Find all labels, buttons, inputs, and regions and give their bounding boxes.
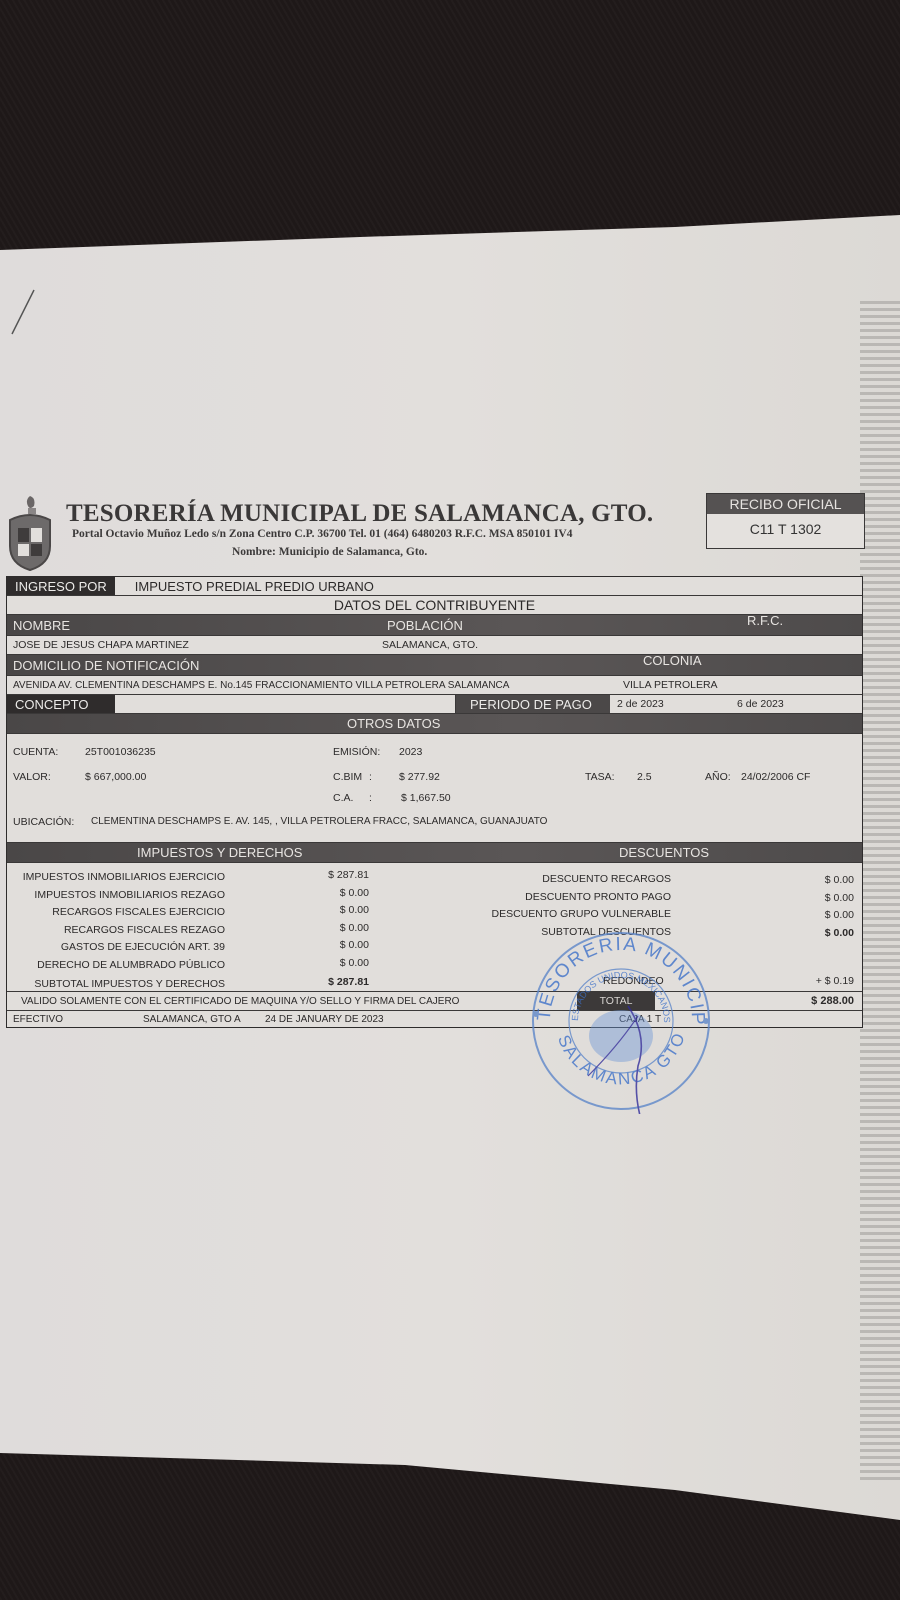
impuesto-label: GASTOS DE EJECUCIÓN ART. 39 <box>61 941 225 953</box>
emision-value: 2023 <box>399 746 422 758</box>
descuento-label: DESCUENTO GRUPO VULNERABLE <box>491 908 671 920</box>
ca-colon: : <box>369 792 372 804</box>
redondeo-amount: + $ 0.19 <box>816 975 854 987</box>
descuento-amount: $ 0.00 <box>825 892 854 904</box>
validity-note: VALIDO SOLAMENTE CON EL CERTIFICADO DE M… <box>21 996 459 1007</box>
nombre-value: JOSE DE JESUS CHAPA MARTINEZ <box>13 639 189 651</box>
impuesto-amount: $ 287.81 <box>328 976 369 988</box>
total-value: $ 288.00 <box>811 995 854 1007</box>
impuesto-label: RECARGOS FISCALES REZAGO <box>64 924 225 936</box>
payment-row: EFECTIVO SALAMANCA, GTO A 24 DE JANUARY … <box>7 1011 862 1027</box>
contribuyente-title: DATOS DEL CONTRIBUYENTE <box>7 596 862 615</box>
domicilio-row: AVENIDA AV. CLEMENTINA DESCHAMPS E. No.1… <box>7 676 862 695</box>
cbim-value: $ 277.92 <box>399 771 440 783</box>
name-line: Nombre: Municipio de Salamanca, Gto. <box>232 546 427 558</box>
valor-label: VALOR: <box>13 771 51 783</box>
descuento-label: DESCUENTO RECARGOS <box>542 873 671 885</box>
descuento-label: DESCUENTO PRONTO PAGO <box>525 891 671 903</box>
payment-place: SALAMANCA, GTO A <box>143 1014 241 1025</box>
colonia-label: COLONIA <box>643 653 702 668</box>
domicilio-header-row: DOMICILIO DE NOTIFICACIÓN COLONIA <box>7 655 862 676</box>
cuenta-value: 25T001036235 <box>85 746 156 758</box>
anio-label: AÑO: <box>705 771 731 783</box>
receipt-number: C11 T 1302 <box>707 514 864 544</box>
periodo-hasta: 6 de 2023 <box>737 698 784 710</box>
descuentos-title: DESCUENTOS <box>619 845 709 860</box>
validity-row: VALIDO SOLAMENTE CON EL CERTIFICADO DE M… <box>7 992 862 1011</box>
payment-date: 24 DE JANUARY DE 2023 <box>265 1014 384 1025</box>
page-title: TESORERÍA MUNICIPAL DE SALAMANCA, GTO. <box>66 500 653 528</box>
poblacion-value: SALAMANCA, GTO. <box>382 639 478 651</box>
domicilio-label: DOMICILIO DE NOTIFICACIÓN <box>13 658 199 673</box>
impuesto-amount: $ 0.00 <box>340 922 369 934</box>
tasa-label: TASA: <box>585 771 615 783</box>
coat-of-arms-icon <box>6 494 54 572</box>
official-stamp-icon: TESORERIA MUNICIPAL SALAMANCA GTO ESTADO… <box>528 928 714 1114</box>
periodo-desde: 2 de 2023 <box>617 698 664 710</box>
receipt-form: INGRESO POR IMPUESTO PREDIAL PREDIO URBA… <box>6 576 863 1028</box>
ingreso-row: INGRESO POR IMPUESTO PREDIAL PREDIO URBA… <box>7 577 862 596</box>
poblacion-label: POBLACIÓN <box>387 618 463 633</box>
pen-mark-icon <box>8 288 38 338</box>
impuestos-descuentos-body: IMPUESTOS INMOBILIARIOS EJERCICIO$ 287.8… <box>7 863 862 992</box>
descuento-amount: $ 0.00 <box>825 874 854 886</box>
cuenta-label: CUENTA: <box>13 746 58 758</box>
otros-title: OTROS DATOS <box>347 716 440 731</box>
descuento-amount: $ 0.00 <box>825 909 854 921</box>
nombre-label: NOMBRE <box>13 618 70 633</box>
ubicacion-value: CLEMENTINA DESCHAMPS E. AV. 145, , VILLA… <box>91 816 547 827</box>
impuesto-amount: $ 0.00 <box>340 904 369 916</box>
concepto-value <box>115 695 456 713</box>
otros-header: OTROS DATOS <box>7 714 862 734</box>
address-line: Portal Octavio Muñoz Ledo s/n Zona Centr… <box>72 528 572 540</box>
impuesto-amount: $ 0.00 <box>340 939 369 951</box>
periodo-label: PERIODO DE PAGO <box>456 695 610 713</box>
impuesto-label: RECARGOS FISCALES EJERCICIO <box>52 906 225 918</box>
domicilio-value: AVENIDA AV. CLEMENTINA DESCHAMPS E. No.1… <box>13 680 509 691</box>
nombre-header-row: NOMBRE POBLACIÓN R.F.C. <box>7 615 862 636</box>
impuesto-label: IMPUESTOS INMOBILIARIOS REZAGO <box>34 889 225 901</box>
concepto-label: CONCEPTO <box>7 695 115 713</box>
ubicacion-label: UBICACIÓN: <box>13 816 74 828</box>
rfc-label: R.F.C. <box>747 613 783 628</box>
concepto-row: CONCEPTO PERIODO DE PAGO 2 de 2023 6 de … <box>7 695 862 714</box>
impuesto-label: SUBTOTAL IMPUESTOS Y DERECHOS <box>34 978 225 990</box>
ca-value: $ 1,667.50 <box>401 792 451 804</box>
impuesto-amount: $ 287.81 <box>328 869 369 881</box>
ingreso-label: INGRESO POR <box>7 577 115 595</box>
payment-method: EFECTIVO <box>13 1014 63 1025</box>
nombre-row: JOSE DE JESUS CHAPA MARTINEZ SALAMANCA, … <box>7 636 862 655</box>
ingreso-value: IMPUESTO PREDIAL PREDIO URBANO <box>115 579 381 594</box>
otros-datos: CUENTA: 25T001036235 EMISIÓN: 2023 VALOR… <box>7 734 862 843</box>
impuestos-title: IMPUESTOS Y DERECHOS <box>137 845 302 860</box>
colonia-value: VILLA PETROLERA <box>623 679 718 691</box>
impuestos-descuentos-header: IMPUESTOS Y DERECHOS DESCUENTOS <box>7 843 862 863</box>
impuesto-amount: $ 0.00 <box>340 887 369 899</box>
receipt-label: RECIBO OFICIAL <box>707 494 864 514</box>
ca-label: C.A. <box>333 792 353 804</box>
tasa-value: 2.5 <box>637 771 652 783</box>
impuesto-amount: $ 0.00 <box>340 957 369 969</box>
valor-value: $ 667,000.00 <box>85 771 146 783</box>
descuento-amount: $ 0.00 <box>825 927 854 939</box>
cbim-colon: : <box>369 771 372 783</box>
cbim-label: C.BIM <box>333 771 362 783</box>
anio-value: 24/02/2006 CF <box>741 771 810 783</box>
paper-edge-shadow <box>860 300 900 1480</box>
impuesto-label: DERECHO DE ALUMBRADO PÚBLICO <box>37 959 225 971</box>
emision-label: EMISIÓN: <box>333 746 380 758</box>
impuesto-label: IMPUESTOS INMOBILIARIOS EJERCICIO <box>23 871 225 883</box>
receipt-number-box: RECIBO OFICIAL C11 T 1302 <box>706 493 865 549</box>
